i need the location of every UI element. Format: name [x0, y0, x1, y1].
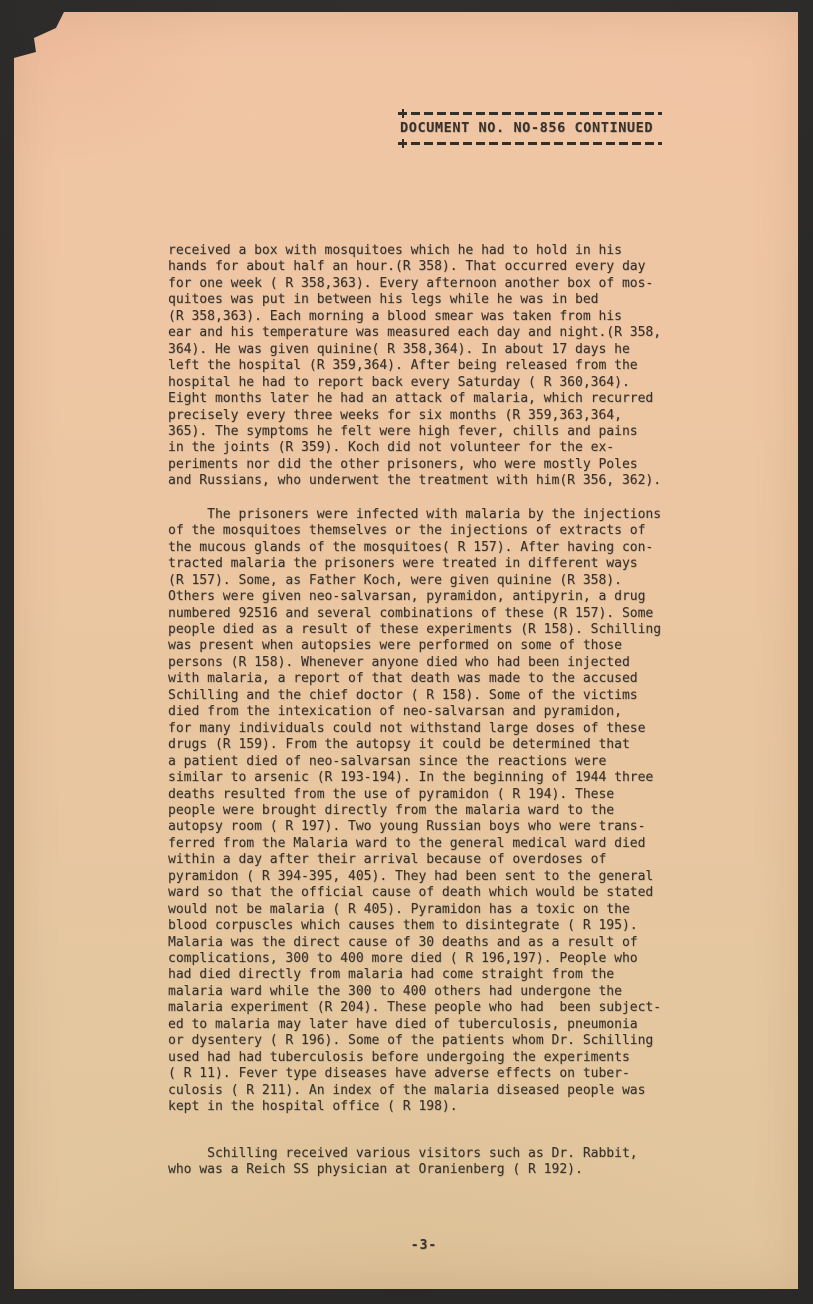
page-number: -3-	[168, 1238, 680, 1253]
document-header-label: DOCUMENT NO. NO-856 CONTINUED	[398, 115, 662, 142]
header-dashed-rule-bottom	[398, 142, 662, 145]
paragraph: Schilling received various visitors such…	[168, 1146, 680, 1179]
document-body: received a box with mosquitoes which he …	[168, 243, 680, 1253]
paragraph: The prisoners were infected with malaria…	[168, 507, 680, 1116]
paragraph: received a box with mosquitoes which he …	[168, 243, 680, 490]
document-header-box: DOCUMENT NO. NO-856 CONTINUED	[398, 112, 662, 145]
header-dashed-rule-top	[398, 112, 662, 115]
document-page: DOCUMENT NO. NO-856 CONTINUED received a…	[14, 12, 798, 1289]
